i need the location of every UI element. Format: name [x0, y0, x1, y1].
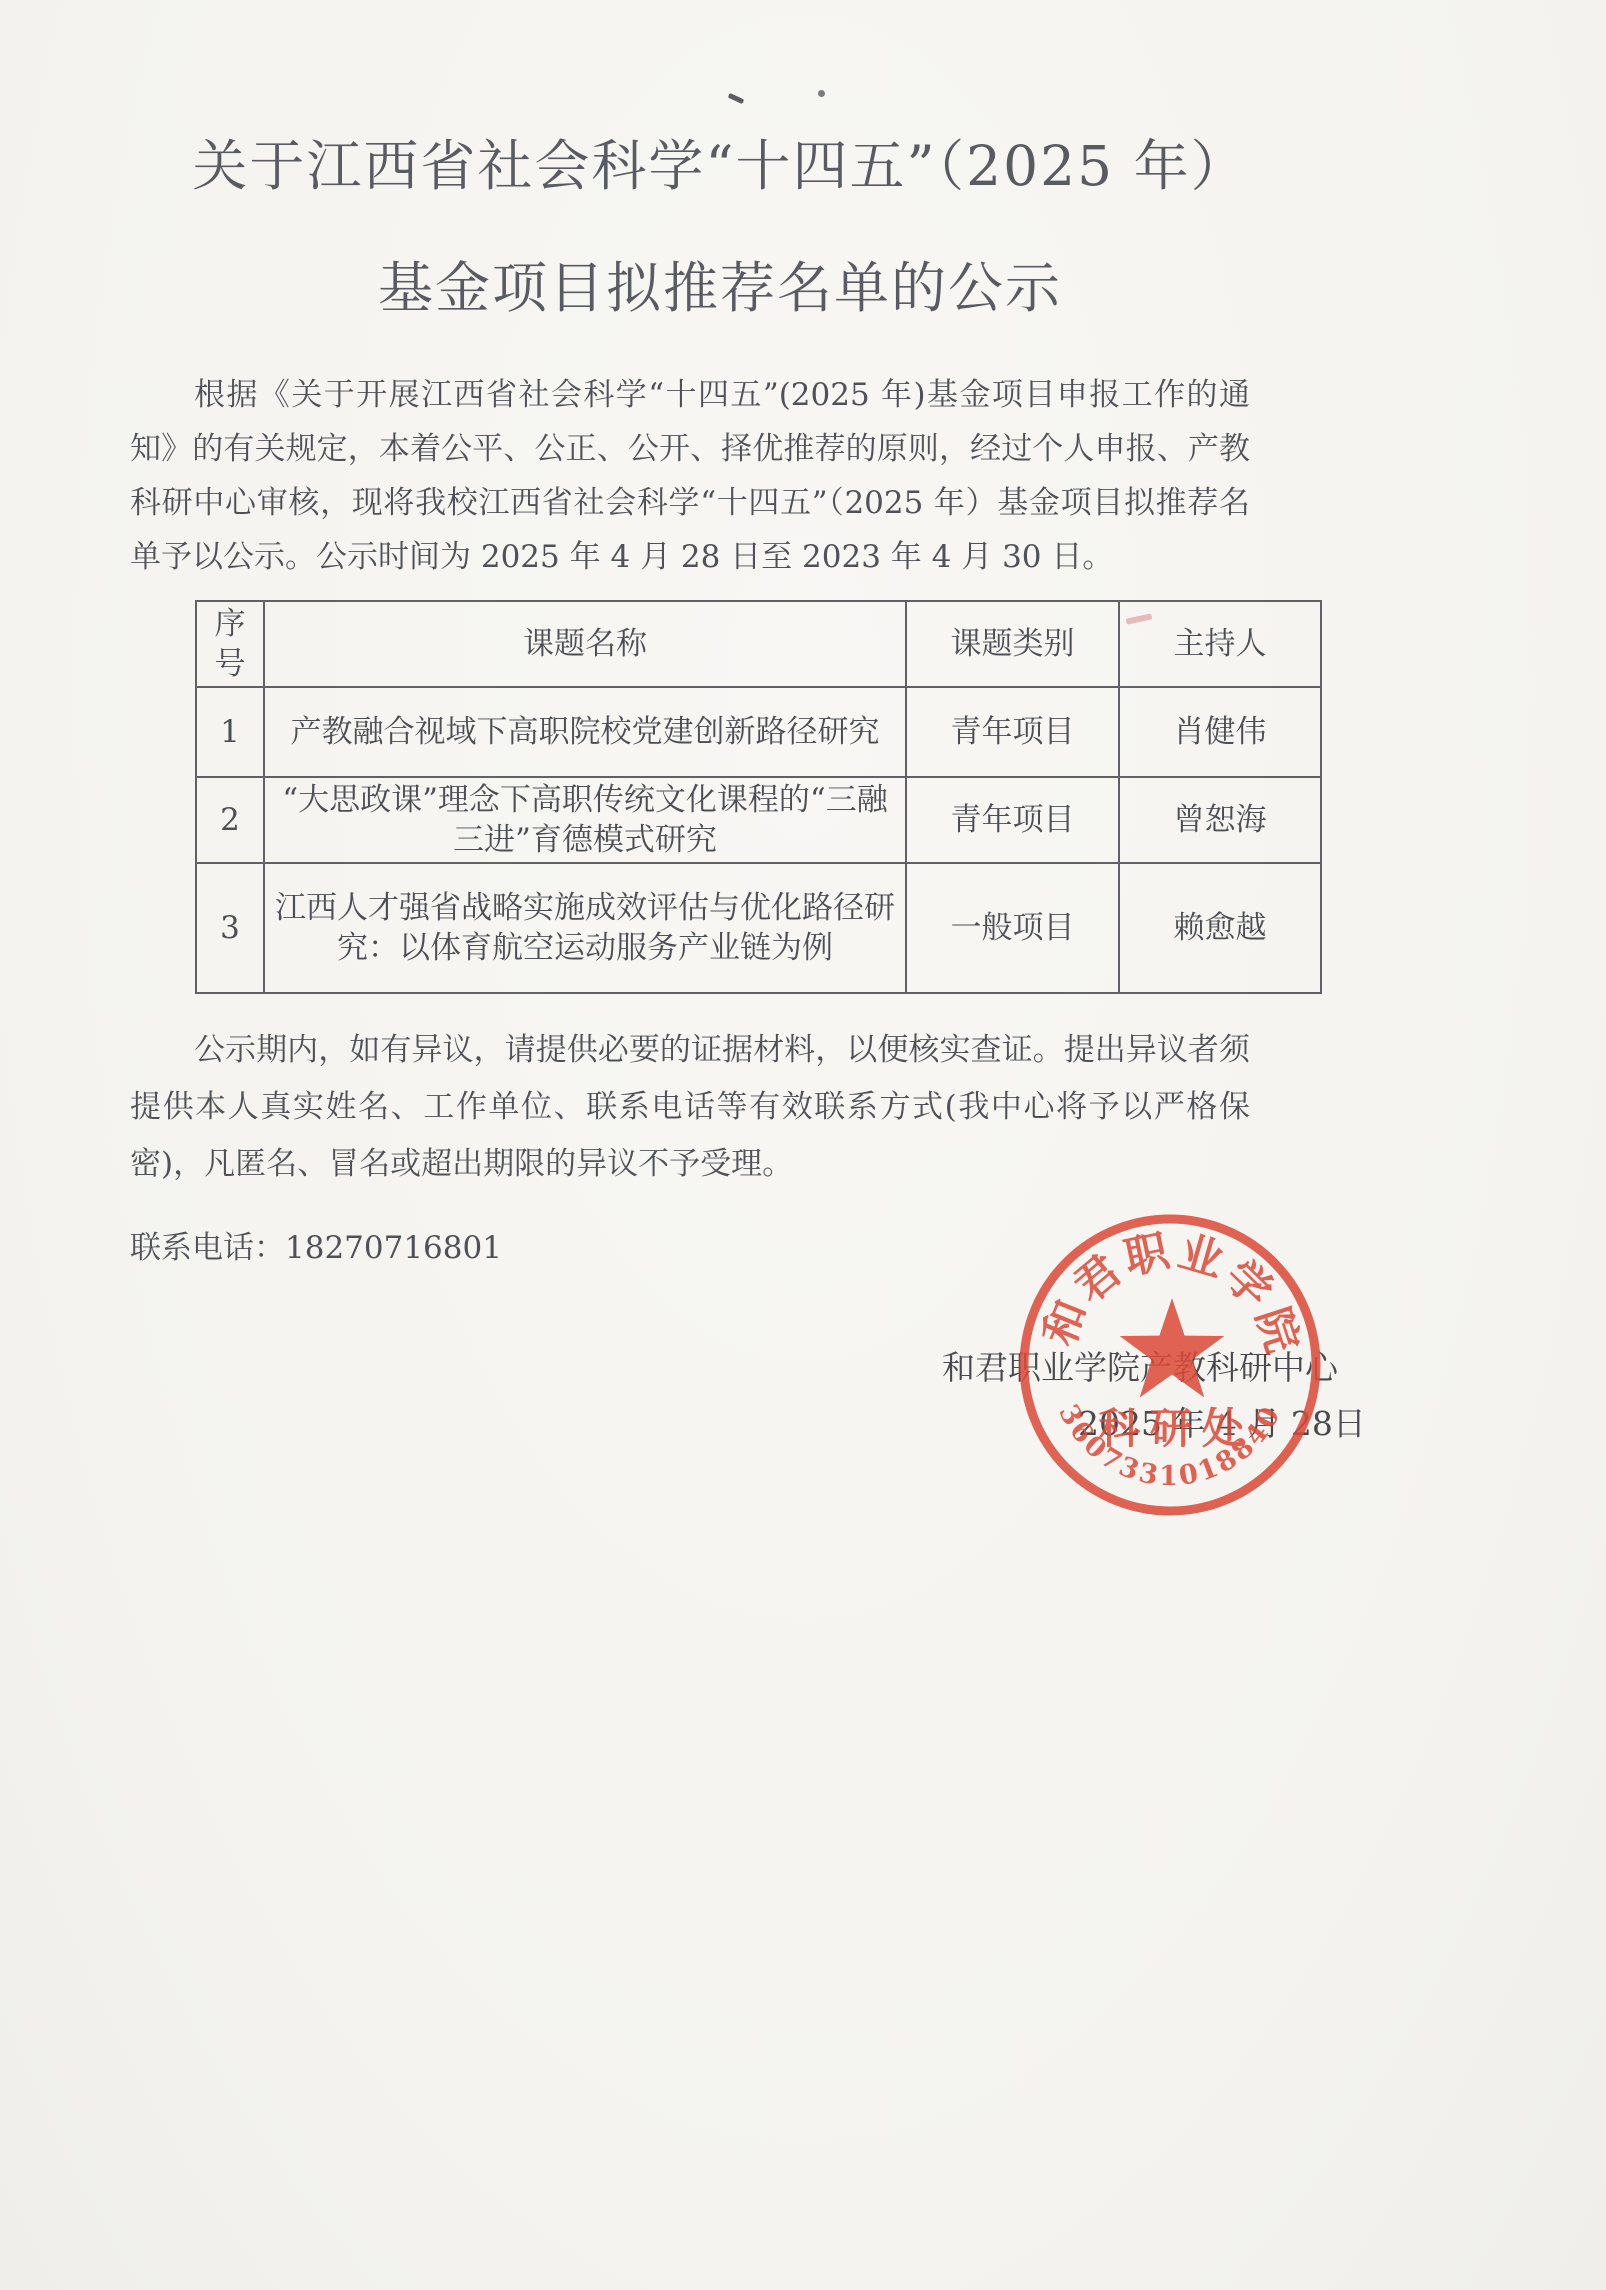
cell-serial-number: 3 [196, 863, 264, 993]
svg-text:职: 职 [1120, 1225, 1175, 1284]
cell-project-title: 产教融合视域下高职院校党建创新路径研究 [264, 687, 906, 777]
cell-project-leader: 赖愈越 [1119, 863, 1321, 993]
cell-project-leader: 曾恕海 [1119, 777, 1321, 863]
header-project-title: 课题名称 [264, 601, 906, 687]
table-row: 2 “大思政课”理念下高职传统文化课程的“三融三进”育德模式研究 青年项目 曾恕… [196, 777, 1321, 863]
signature-date: 2025 年 4 月 28日 [1078, 1398, 1366, 1445]
cell-project-category: 青年项目 [906, 777, 1119, 863]
header-serial-number: 序号 [196, 601, 264, 687]
table-row: 3 江西人才强省战略实施成效评估与优化路径研究：以体育航空运动服务产业链为例 一… [196, 863, 1321, 993]
header-project-category: 课题类别 [906, 601, 1119, 687]
cell-project-title: 江西人才强省战略实施成效评估与优化路径研究：以体育航空运动服务产业链为例 [264, 863, 906, 993]
cell-serial-number: 1 [196, 687, 264, 777]
document-title-line2: 基金项目拟推荐名单的公示 [0, 244, 1440, 323]
table-row: 1 产教融合视域下高职院校党建创新路径研究 青年项目 肖健伟 [196, 687, 1321, 777]
cell-serial-number: 2 [196, 777, 264, 863]
cell-project-leader: 肖健伟 [1119, 687, 1321, 777]
header-project-leader: 主持人 [1119, 601, 1321, 687]
ink-smudge [728, 93, 745, 104]
recommended-projects-table: 序号 课题名称 课题类别 主持人 1 产教融合视域下高职院校党建创新路径研究 青… [195, 600, 1322, 994]
cell-project-category: 一般项目 [906, 863, 1119, 993]
svg-text:君: 君 [1064, 1245, 1130, 1312]
svg-text:业: 业 [1173, 1226, 1229, 1287]
document-title-line1: 关于江西省社会科学“十四五”（2025 年） [0, 122, 1440, 201]
ink-dot [818, 90, 825, 97]
table-header-row: 序号 课题名称 课题类别 主持人 [196, 601, 1321, 687]
objection-paragraph: 公示期内，如有异议，请提供必要的证据材料，以便核实查证。提出异议者须提供本人真实… [130, 1022, 1250, 1193]
scanned-document-page: 关于江西省社会科学“十四五”（2025 年） 基金项目拟推荐名单的公示 根据《关… [0, 0, 1606, 2290]
cell-project-category: 青年项目 [906, 687, 1119, 777]
svg-text:学: 学 [1215, 1250, 1282, 1317]
cell-project-title: “大思政课”理念下高职传统文化课程的“三融三进”育德模式研究 [264, 777, 906, 863]
seal-ring-text: 和 君 职 业 学 院 [1034, 1225, 1308, 1359]
intro-paragraph: 根据《关于开展江西省社会科学“十四五”(2025 年)基金项目申报工作的通知》的… [130, 368, 1250, 584]
signature-organization: 和君职业学院产教科研中心 [942, 1342, 1338, 1389]
contact-phone: 联系电话：18270716801 [130, 1222, 502, 1267]
